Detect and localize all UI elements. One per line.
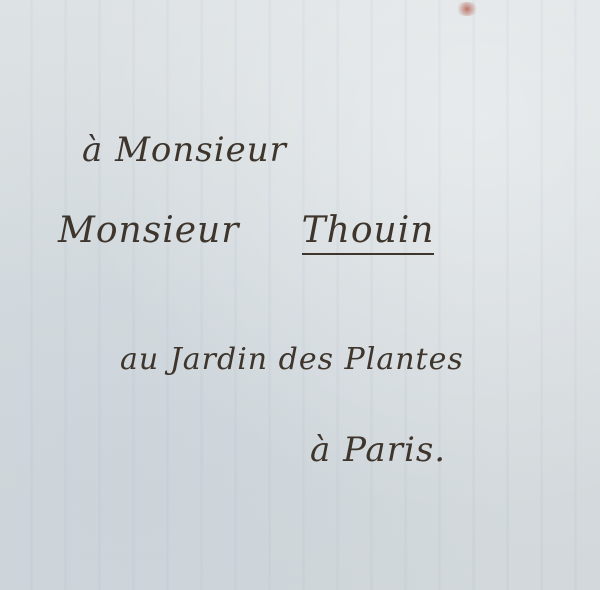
address-line-3: au Jardin des Plantes [120,342,464,377]
salutation: Monsieur [58,210,239,251]
address-line-2: Monsieur Thouin [58,210,434,251]
ink-stain [455,2,479,16]
address-line-4: à Paris. [310,430,446,470]
address-line-1: à Monsieur [82,130,287,170]
letter-paper: à Monsieur Monsieur Thouin au Jardin des… [0,0,600,590]
show-through-writing [0,0,600,590]
recipient-name: Thouin [302,210,435,255]
